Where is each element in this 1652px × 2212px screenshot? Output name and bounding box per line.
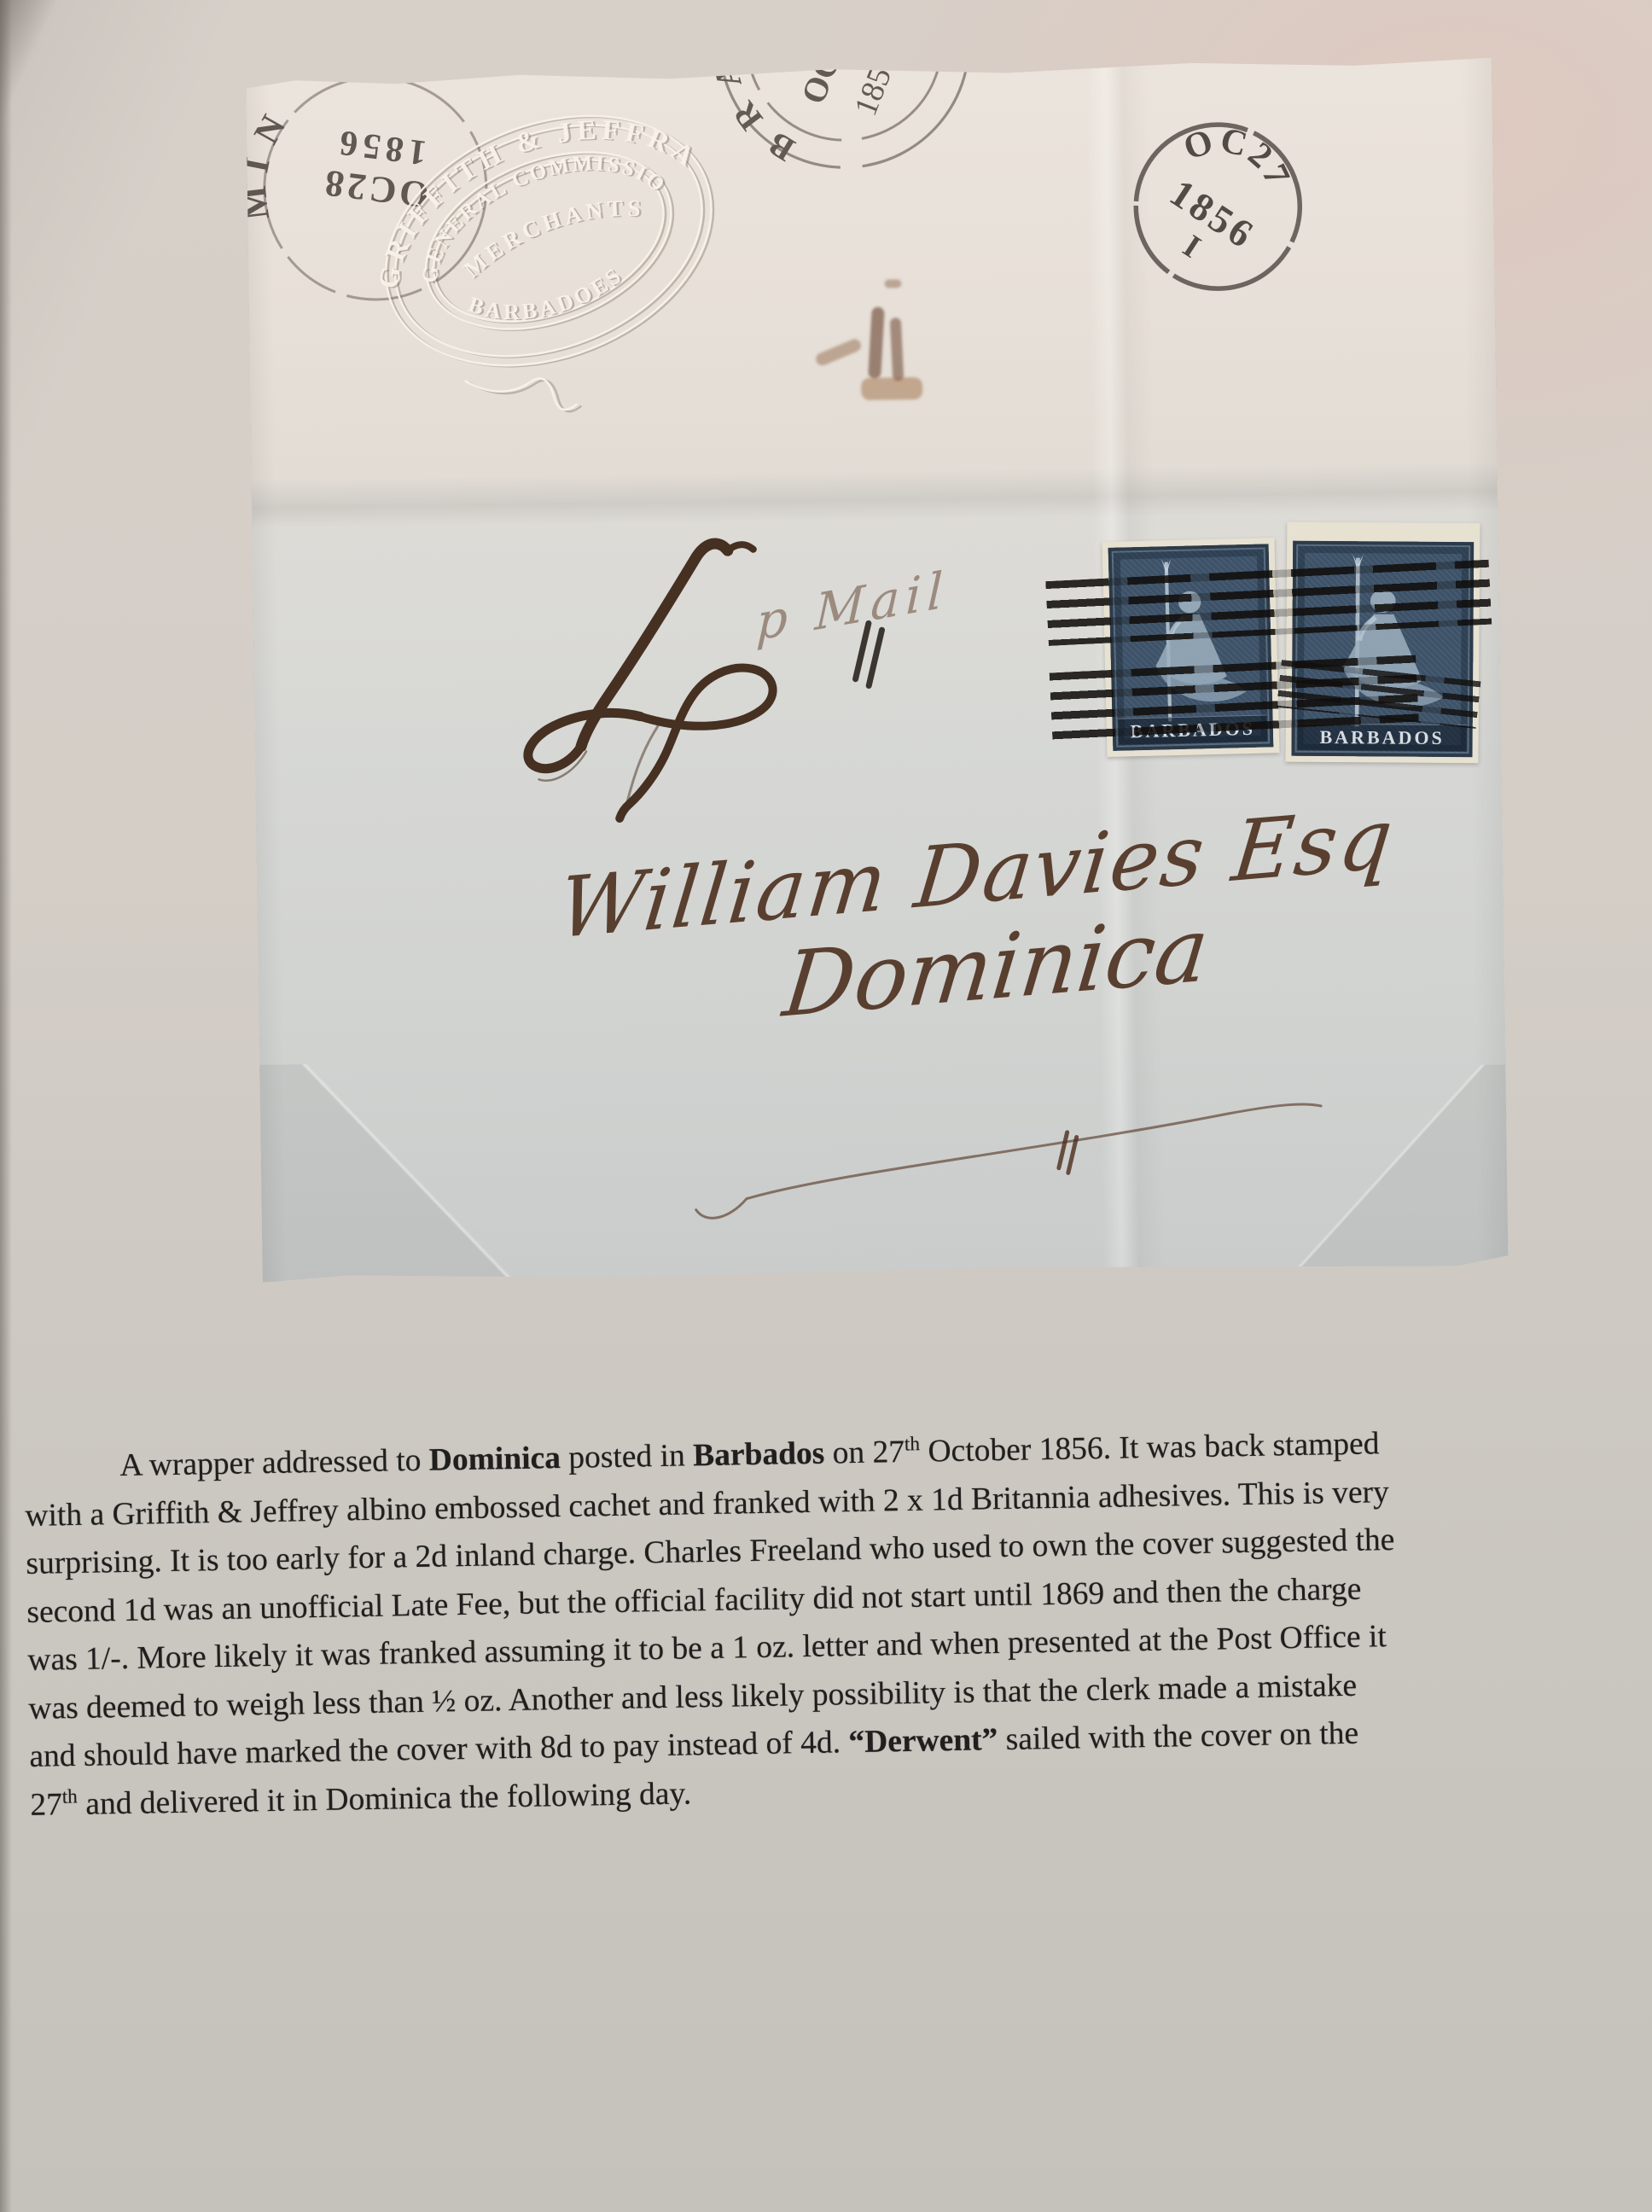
cover-wrapper: MIN OC28 1856: [246, 58, 1509, 1283]
svg-text:B: B: [703, 16, 744, 43]
svg-text:I: I: [236, 154, 277, 176]
svg-text:185: 185: [847, 62, 899, 120]
svg-text:I: I: [1177, 228, 1207, 265]
svg-text:R: R: [724, 94, 771, 137]
postmark-barbados-cds: OC27 1856 I: [1123, 112, 1313, 302]
svg-text:M: M: [235, 183, 277, 222]
svg-text:N: N: [247, 109, 294, 151]
description-paragraph: A wrapper addressed to Dominica posted i…: [24, 1413, 1652, 1830]
address-flourish: [683, 1094, 1370, 1228]
manuscript-rate-4: [510, 528, 830, 840]
postmark-barbados-duplex: BARB OC 185: [697, 0, 992, 190]
embossed-cachet: GRIFFITH & JEFFRAY GENERAL COMMISSION ME…: [350, 42, 747, 439]
wrapper-fold-corner-right: [1275, 1065, 1508, 1269]
wrapper-fold-corner-left: [259, 1061, 553, 1283]
svg-text:A: A: [706, 58, 749, 92]
svg-text:1856: 1856: [1162, 171, 1263, 258]
svg-text:B: B: [762, 125, 801, 169]
album-page-photo: MIN OC28 1856: [0, 0, 1652, 2212]
page-left-edge-shadow: [0, 0, 12, 2212]
svg-text:OC: OC: [794, 47, 848, 108]
